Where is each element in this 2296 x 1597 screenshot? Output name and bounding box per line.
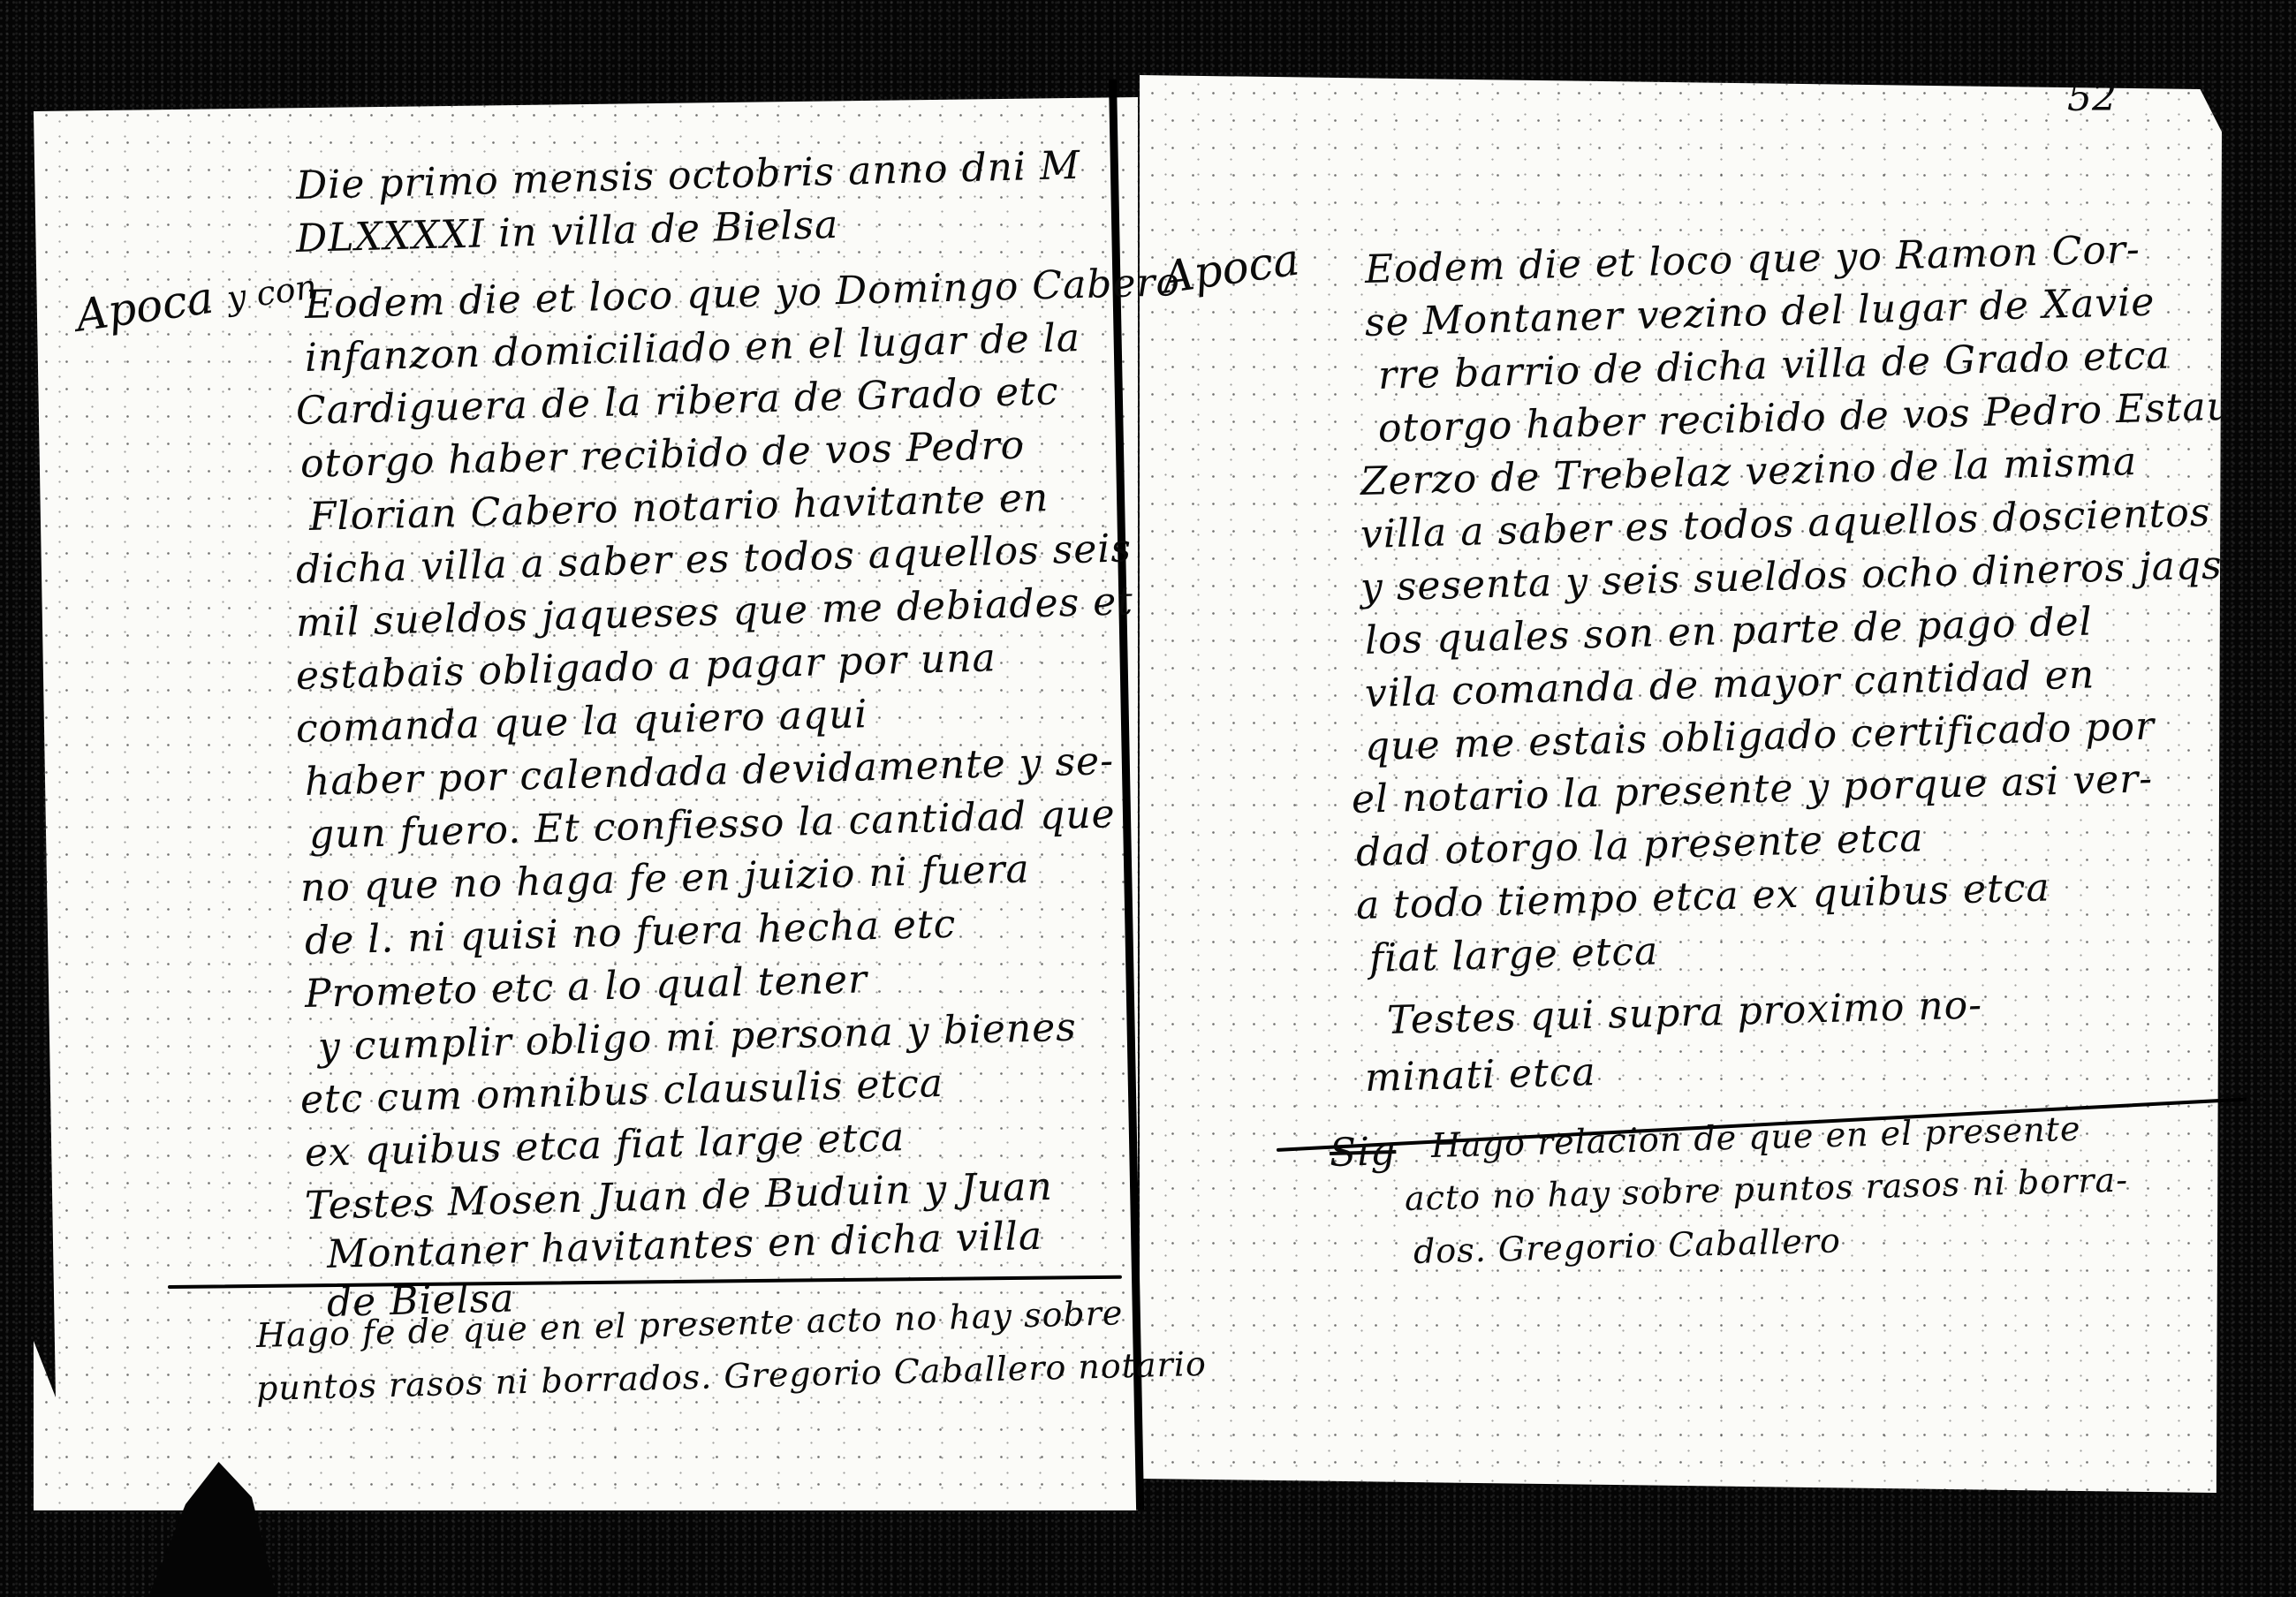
right-struck-word: Sig — [1329, 1129, 1397, 1176]
right-entry-line: fiat large etca — [1368, 928, 1659, 981]
folio-number: 52 — [2067, 75, 2117, 120]
right-witnesses-line: minati etca — [1364, 1049, 1596, 1101]
